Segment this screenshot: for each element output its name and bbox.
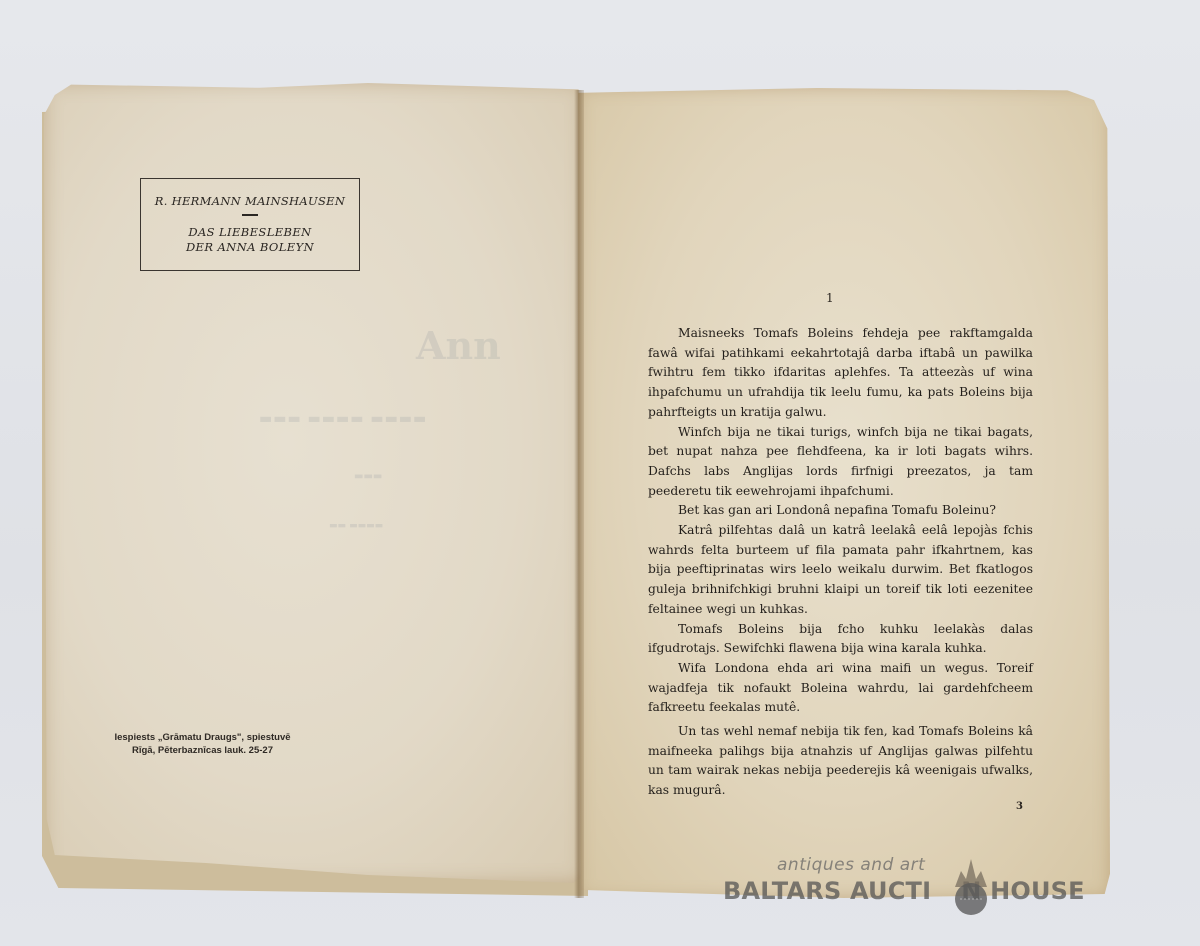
chapter-body: Maisneeks Tomafs Boleins fehdeja pee rak…: [648, 324, 1033, 801]
title-box: R. HERMANN MAINSHAUSEN DAS LIEBESLEBEN D…: [140, 178, 360, 271]
book-photo: Ann ▬▬▬ ▬▬▬▬ ▬▬▬▬ ▬▬▬ ▬▬ ▬▬▬▬ R. HERMANN…: [0, 0, 1200, 946]
paragraph: Bet kas gan ari Londonâ nepafina Tomafu …: [648, 501, 1033, 521]
printer-imprint: Iespiests „Grāmatu Draugs", spiestuvē Rī…: [110, 731, 295, 757]
book-gutter: [574, 90, 584, 898]
title-separator: [242, 214, 258, 216]
show-through-text: ▬▬▬: [354, 471, 382, 482]
watermark-tagline: antiques and art: [777, 855, 925, 875]
paragraph: Winfch bija ne tikai turigs, winfch bija…: [648, 423, 1033, 502]
page-number: 3: [1016, 801, 1023, 812]
paragraph: Tomafs Boleins bija fcho kuhku leelakàs …: [648, 620, 1033, 659]
book-title-line-2: DER ANNA BOLEYN: [141, 240, 359, 255]
imprint-line-2: Rīgā, Pēterbaznīcas lauk. 25-27: [110, 744, 295, 757]
paragraph: Katrâ pilfehtas dalâ un katrâ leelakâ ee…: [648, 521, 1033, 620]
book-title-line-1: DAS LIEBESLEBEN: [141, 225, 359, 240]
paragraph: Wifa Londona ehda ari wina maifi un wegu…: [648, 659, 1033, 718]
show-through-text: ▬▬▬ ▬▬▬▬ ▬▬▬▬: [259, 411, 427, 427]
author-name: R. HERMANN MAINSHAUSEN: [141, 194, 359, 208]
paragraph: Maisneeks Tomafs Boleins fehdeja pee rak…: [648, 324, 1033, 423]
watermark-brand: BALTARS AUCTIN HOUSE: [723, 877, 1085, 905]
show-through-text: Ann: [416, 323, 501, 368]
paragraph: Un tas wehl nemaf nebija tik fen, kad To…: [648, 722, 1033, 801]
imprint-line-1: Iespiests „Grāmatu Draugs", spiestuvē: [110, 731, 295, 744]
crown-icon: [951, 857, 991, 917]
brand-left: BALTARS AUCTI: [723, 877, 931, 905]
show-through-text: ▬▬ ▬▬▬▬: [329, 521, 383, 531]
chapter-number: 1: [826, 291, 834, 305]
auction-watermark: antiques and art BALTARS AUCTIN HOUSE: [720, 855, 1120, 925]
